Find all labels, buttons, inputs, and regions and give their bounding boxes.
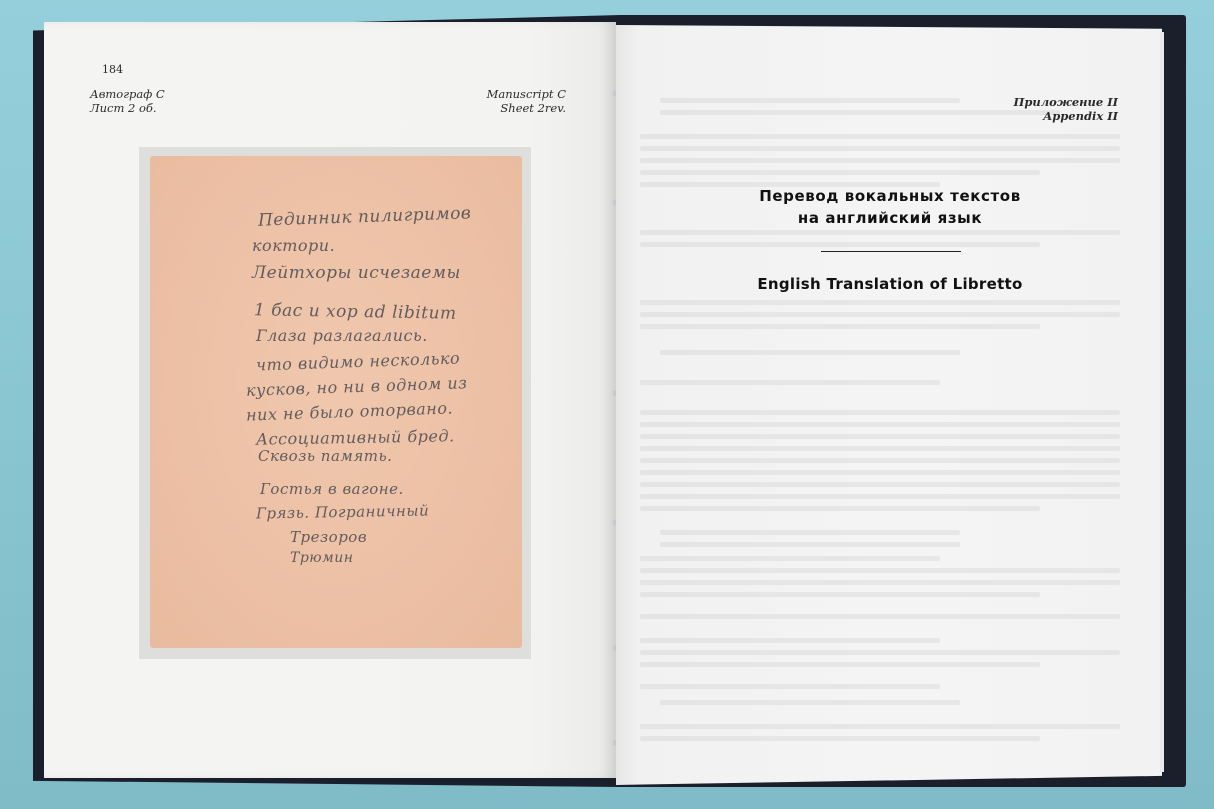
book-photo-scene: 184 Автограф C Лист 2 об. Manuscript C S… [0,0,1214,809]
appendix-header-en: Appendix II [1013,109,1118,123]
title-divider [821,251,961,252]
binding-stitch [613,390,616,396]
right-page [616,25,1162,785]
page-edge [1160,32,1164,772]
handwritten-line: Глаза разлагались. [256,326,428,345]
manuscript-label-ru-line2: Лист 2 об. [90,101,165,115]
binding-stitch [613,740,616,746]
section-title-ru-line2: на английский язык [700,207,1080,229]
handwritten-line: 1 бас и хор ad libitum [254,300,457,324]
binding-stitch [613,645,616,651]
manuscript-label-en-line1: Manuscript C [487,87,566,101]
section-title-ru-line1: Перевод вокальных текстов [700,185,1080,207]
appendix-header: Приложение II Appendix II [1013,95,1118,123]
appendix-header-ru: Приложение II [1013,95,1118,109]
handwritten-line: Сквозь память. [258,447,392,465]
handwritten-line: Трезоров [290,528,367,546]
section-title-en: English Translation of Libretto [700,275,1080,293]
handwritten-line: Грязь. Пограничный [256,501,430,522]
binding-stitch [613,90,616,96]
handwritten-line: Лейтхоры исчезаемы [252,263,461,283]
binding-stitch [613,200,616,206]
handwritten-line: Ассоциативный бред. [256,426,455,448]
manuscript-label-en: Manuscript C Sheet 2rev. [487,87,566,115]
manuscript-label-en-line2: Sheet 2rev. [487,101,566,115]
section-title-ru: Перевод вокальных текстов на английский … [700,185,1080,229]
handwritten-line: коктори. [252,236,335,255]
handwritten-line: Трюмин [290,550,353,566]
manuscript-label-ru-line1: Автограф C [90,87,165,101]
manuscript-label-ru: Автограф C Лист 2 об. [90,87,165,115]
page-number: 184 [102,63,123,76]
binding-stitch [613,520,616,526]
handwritten-line: Гостья в вагоне. [260,480,404,498]
